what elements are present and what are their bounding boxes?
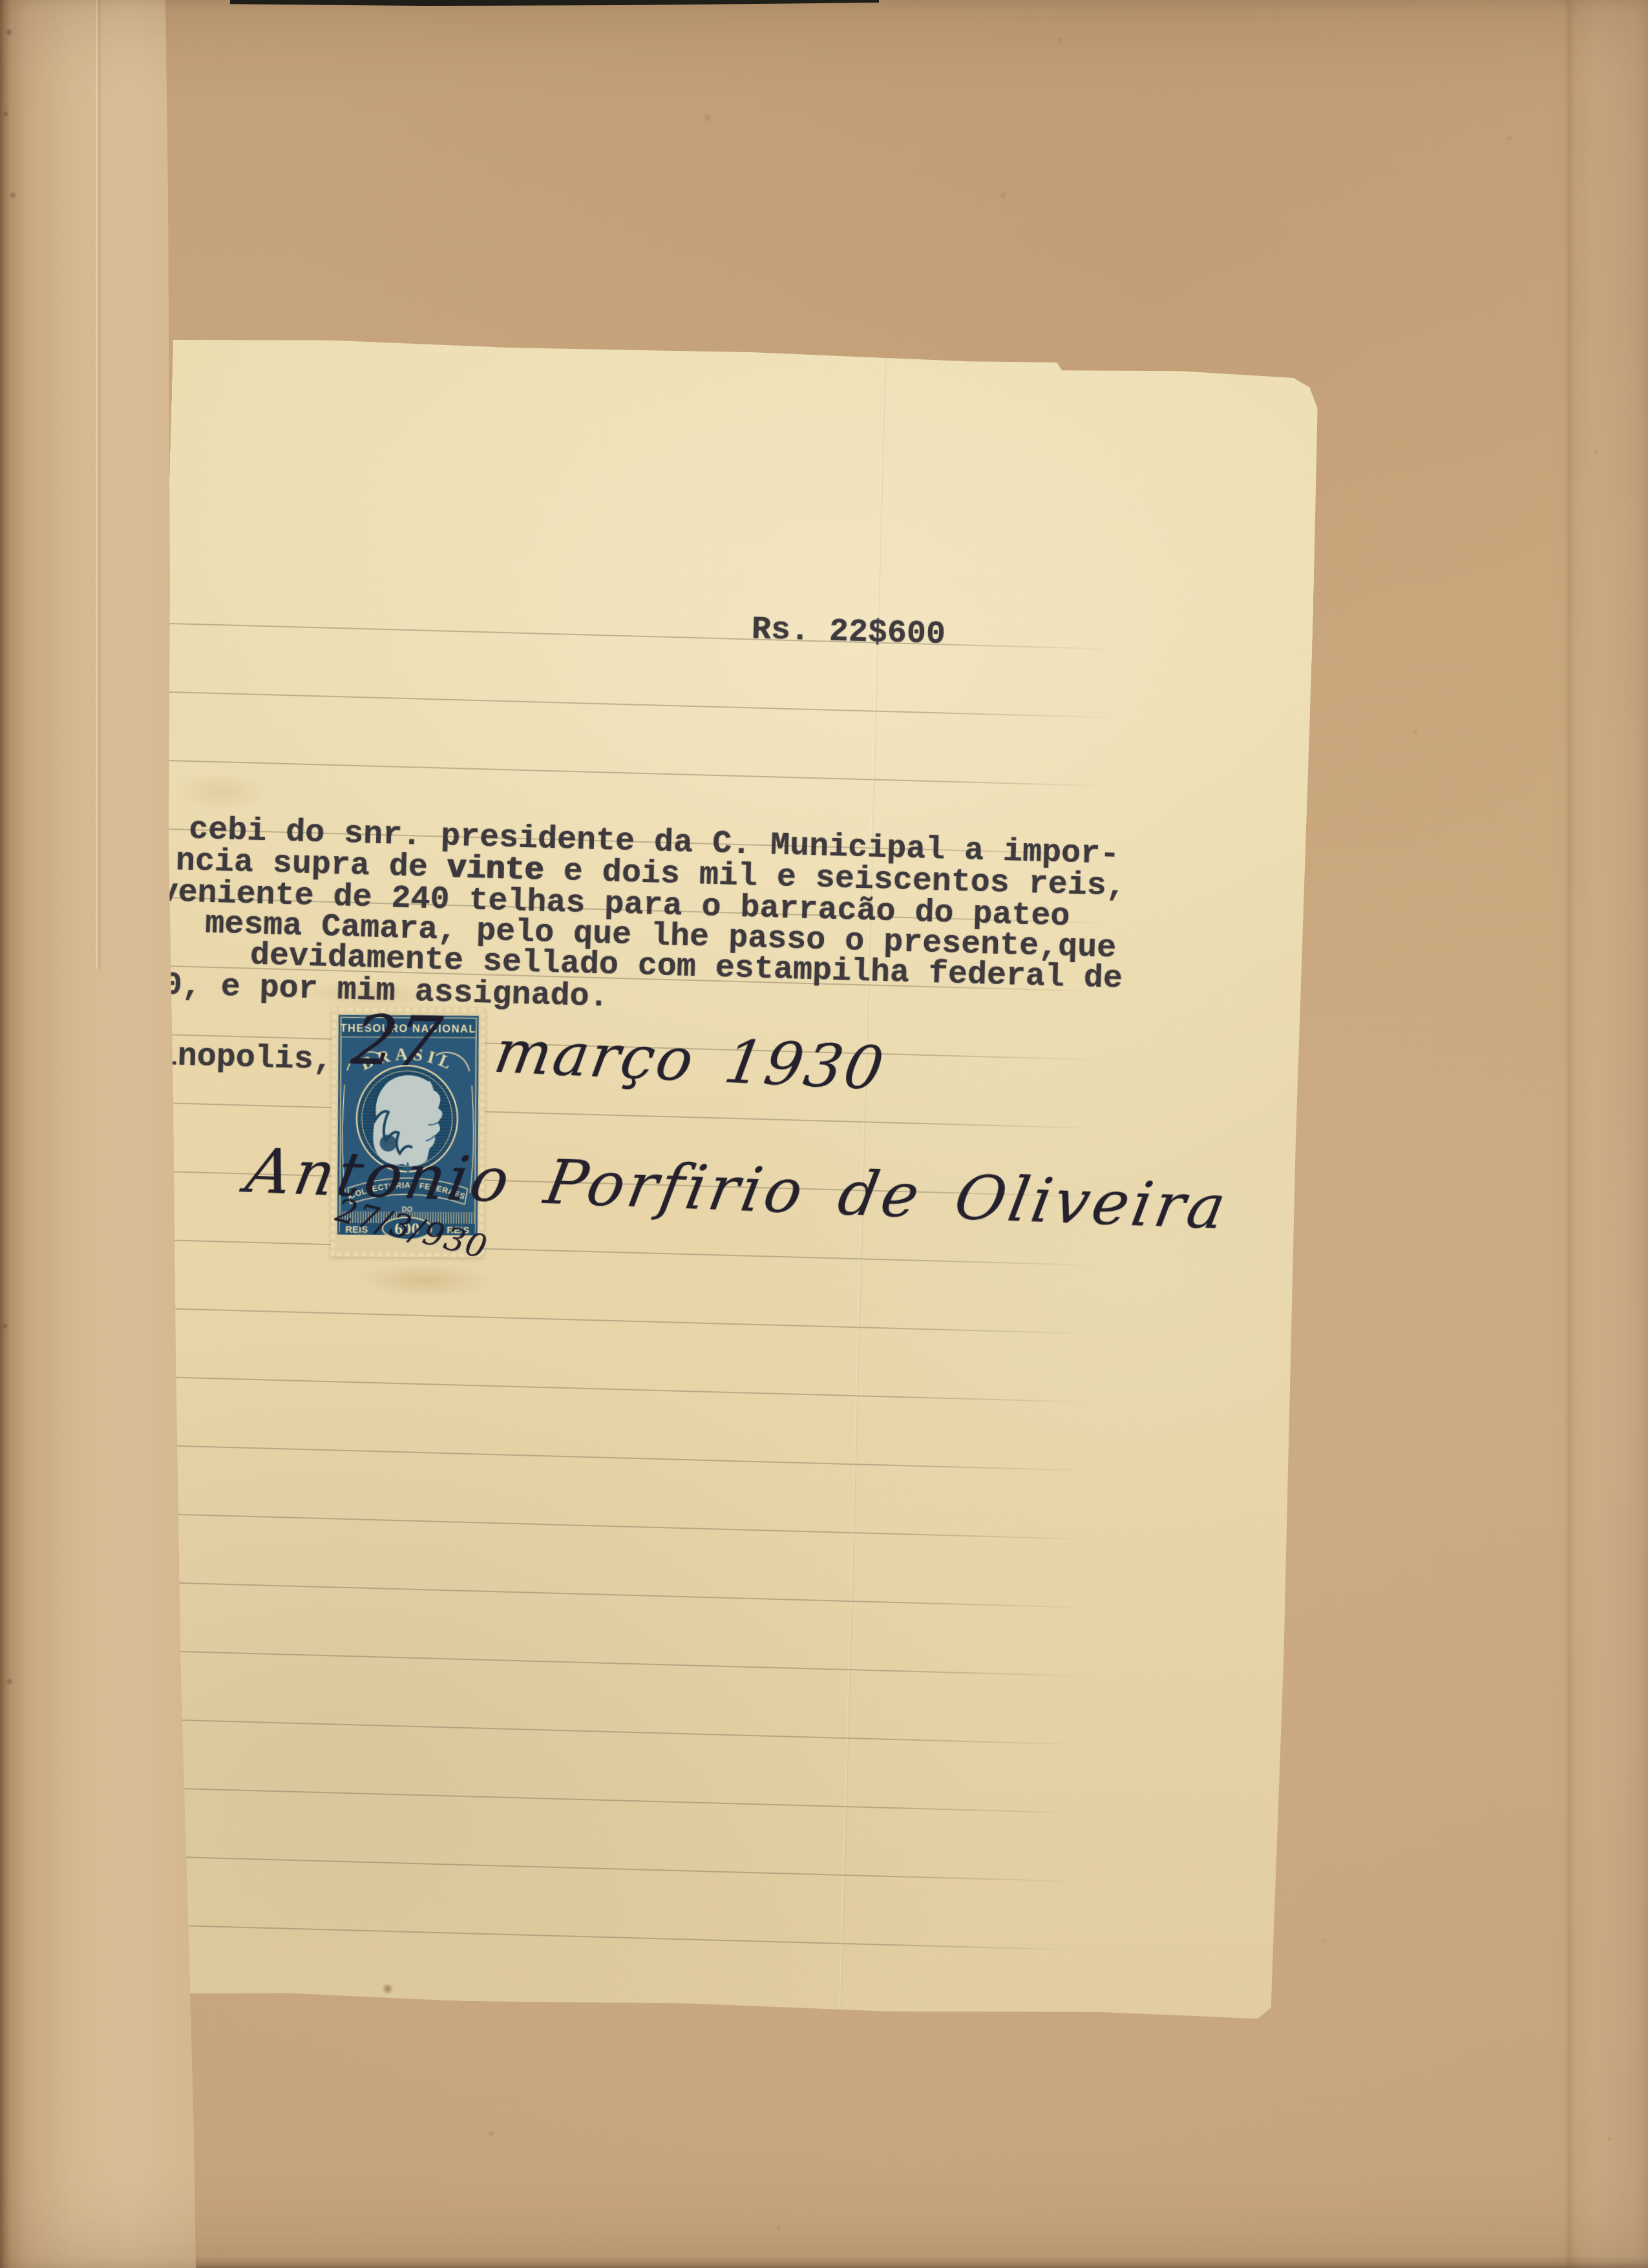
stub-fold-ridge [96,0,98,969]
receipt-sheet: Rs. 22$600 cebi do snr. presidente da C.… [129,335,1320,2023]
scanned-document: Rs. 22$600 cebi do snr. presidente da C.… [0,0,1648,2268]
amount-heading: Rs. 22$600 [751,614,945,651]
handwritten-day: 27 [347,1000,446,1082]
city-line: inopolis, [158,1040,333,1077]
